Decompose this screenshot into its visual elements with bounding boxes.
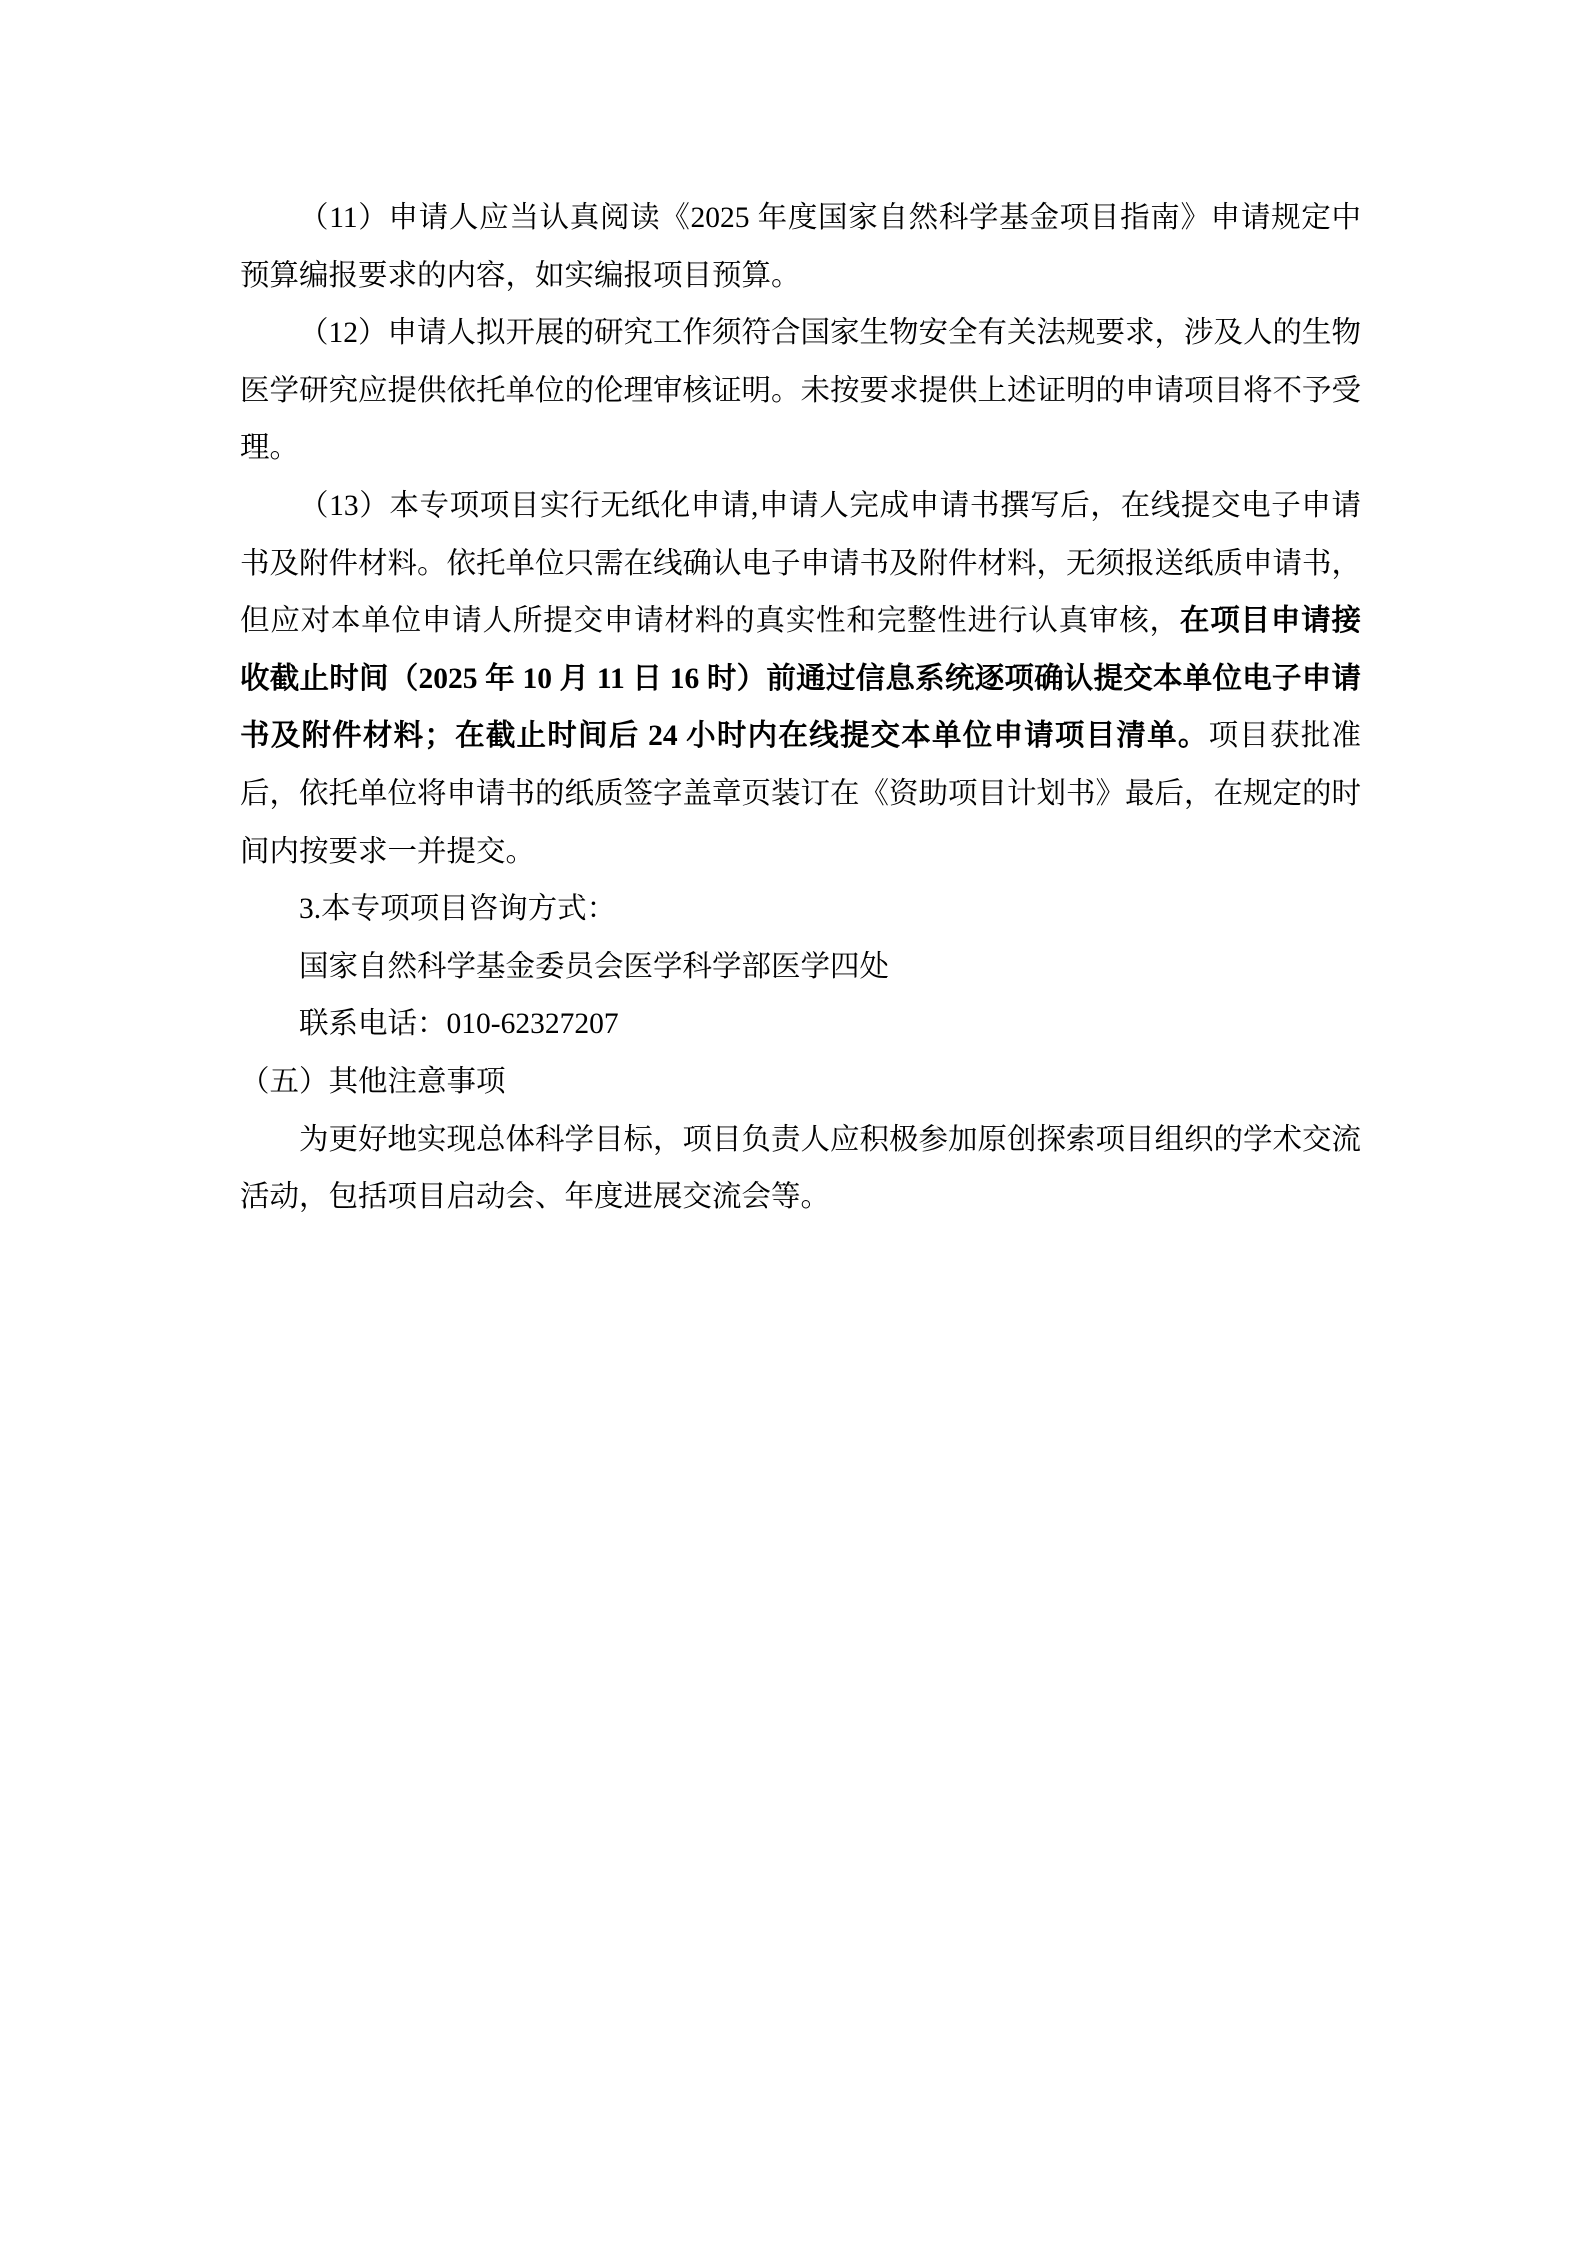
contact-phone-label: 联系电话： xyxy=(299,1008,447,1040)
contact-phone-line: 联系电话：010-62327207 xyxy=(240,996,1361,1054)
paragraph-12: （12）申请人拟开展的研究工作须符合国家生物安全有关法规要求，涉及人的生物医学研… xyxy=(240,305,1361,478)
consult-department-line: 国家自然科学基金委员会医学科学部医学四处 xyxy=(240,939,1361,997)
section-5-paragraph: 为更好地实现总体科学目标，项目负责人应积极参加原创探索项目组织的学术交流活动，包… xyxy=(240,1112,1361,1227)
paragraph-13: （13）本专项项目实行无纸化申请,申请人完成申请书撰写后，在线提交电子申请书及附… xyxy=(240,478,1361,881)
contact-phone-number: 010-62327207 xyxy=(447,1008,619,1040)
paragraph-11: （11）申请人应当认真阅读《2025 年度国家自然科学基金项目指南》申请规定中预… xyxy=(240,190,1361,305)
document-body: （11）申请人应当认真阅读《2025 年度国家自然科学基金项目指南》申请规定中预… xyxy=(240,190,1361,1227)
a4-document-page: （11）申请人应当认真阅读《2025 年度国家自然科学基金项目指南》申请规定中预… xyxy=(0,0,1587,2245)
section-5-heading: （五）其他注意事项 xyxy=(240,1054,1361,1112)
consult-method-heading: 3.本专项项目咨询方式： xyxy=(240,881,1361,939)
